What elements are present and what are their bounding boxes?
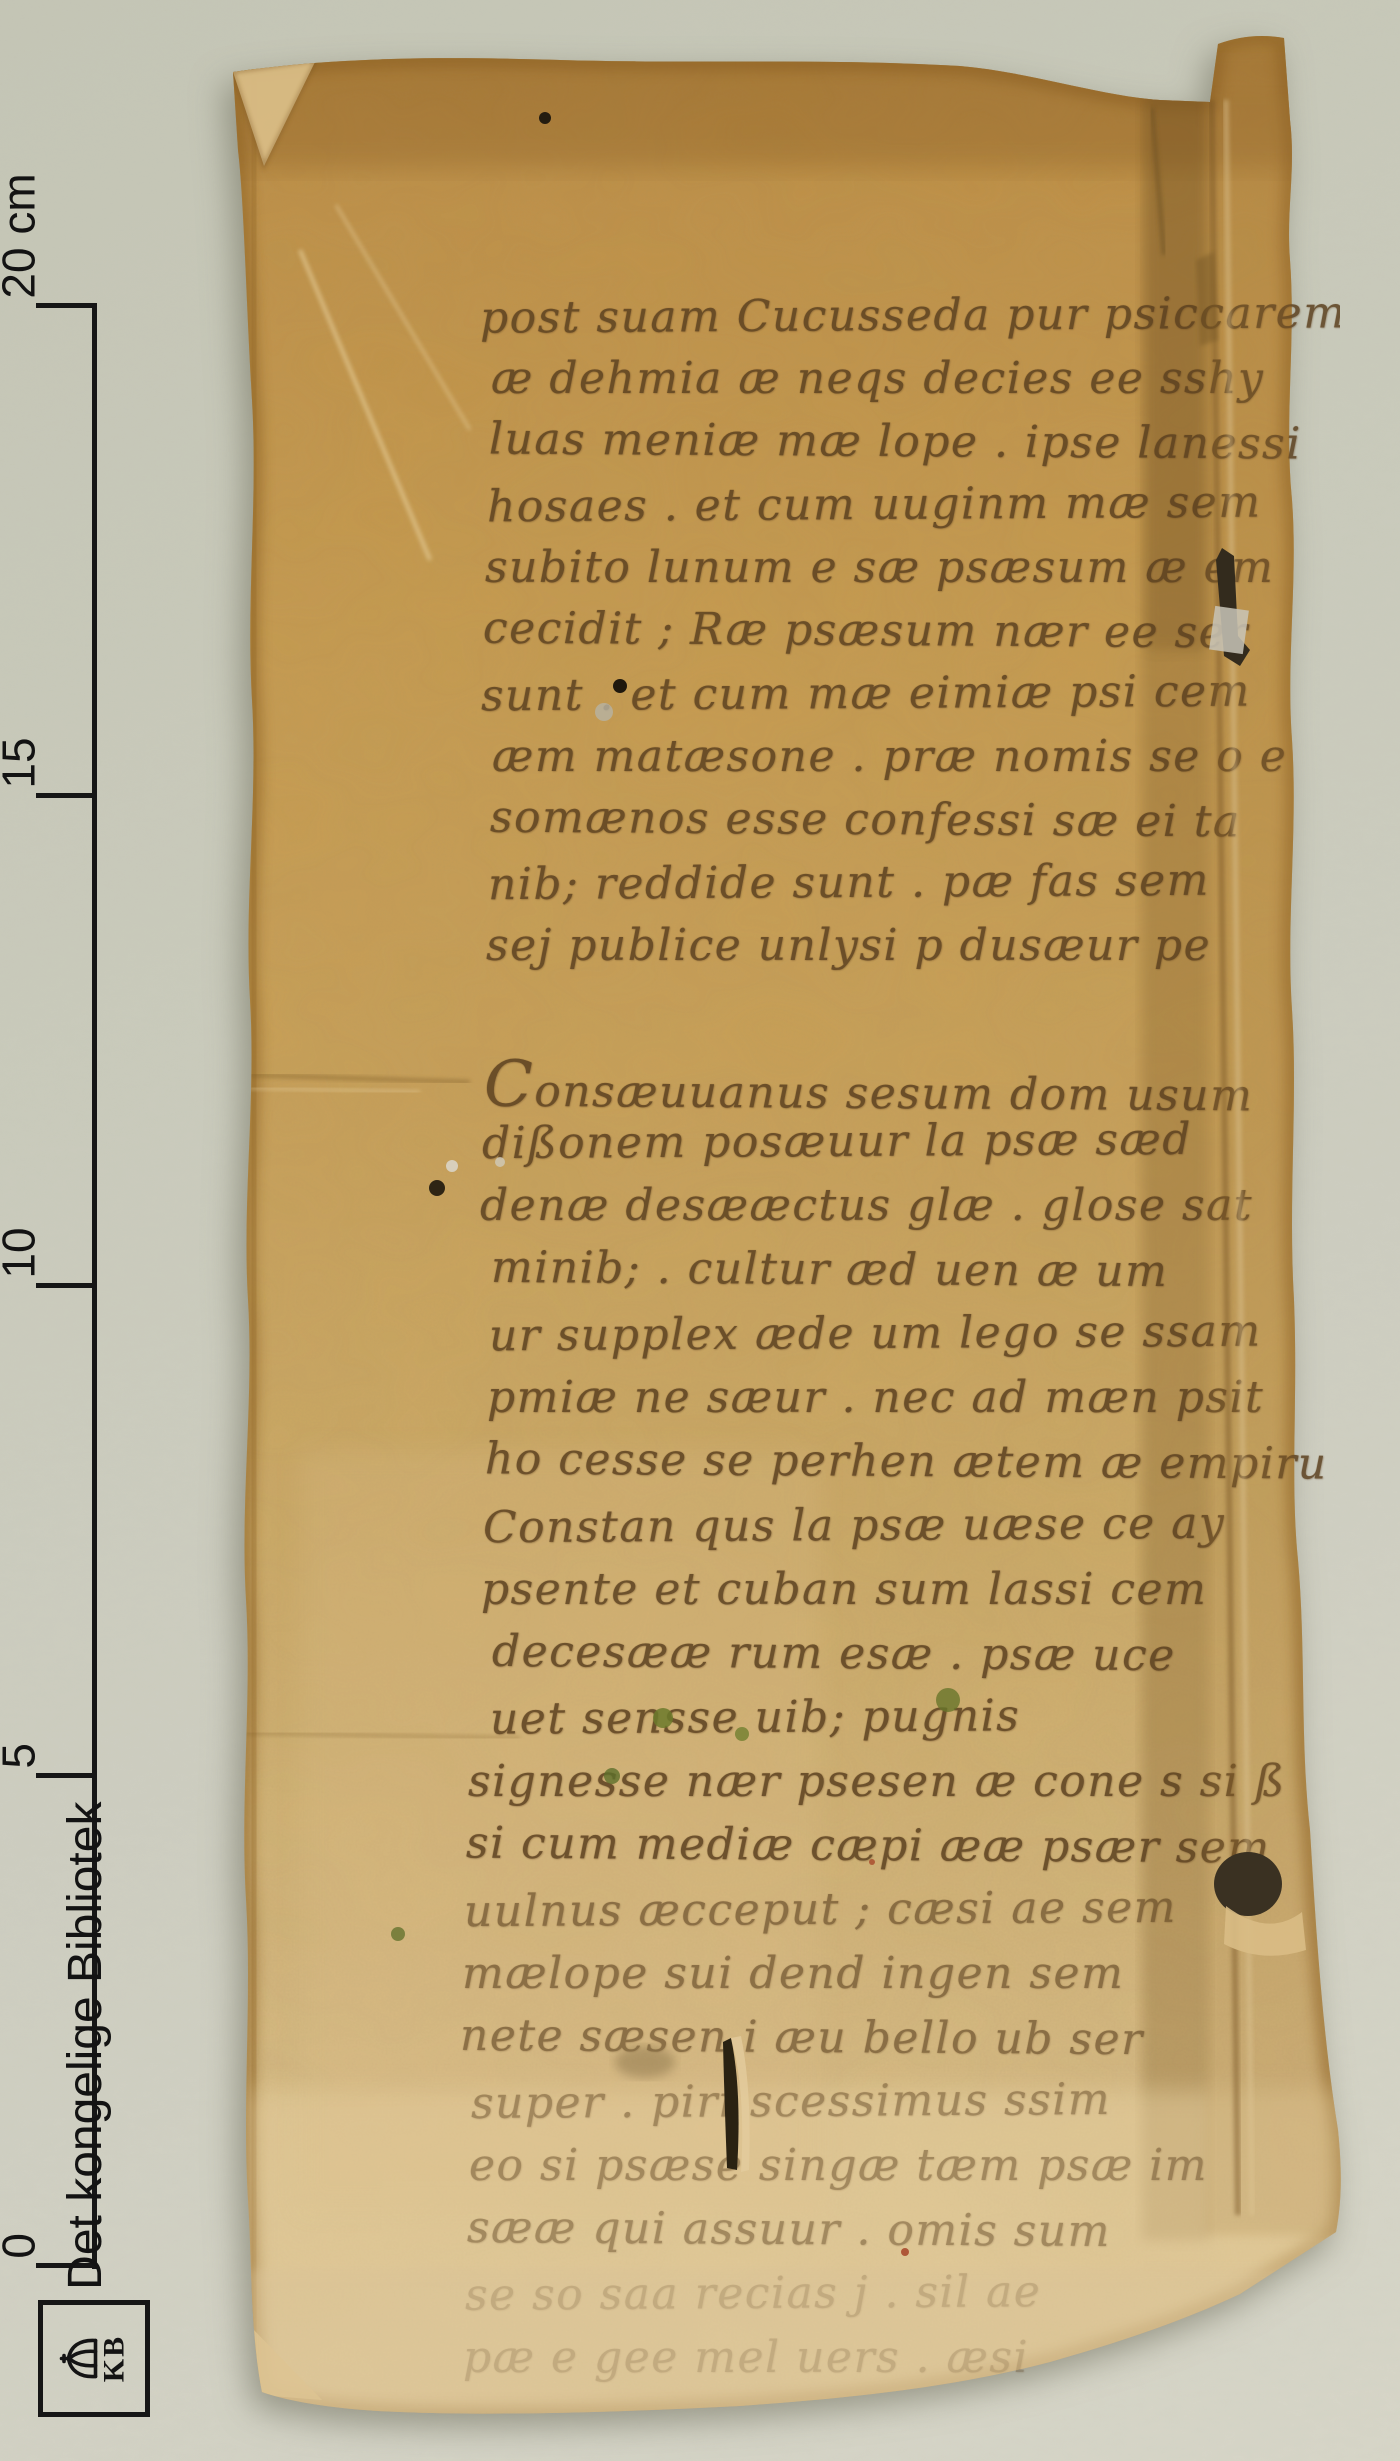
- manuscript-text-line: nete sæsen i æu bello ub ser: [460, 2014, 1144, 2062]
- manuscript-text-line: super . piri scessimus ssim: [471, 2078, 1111, 2126]
- ruler-tick-label: 10: [0, 1227, 44, 1278]
- manuscript-text-line: sej publice unlysi p dusæur pe: [486, 924, 1211, 968]
- ruler-tick: [36, 1283, 97, 1288]
- manuscript-text-line: sunt . et cum mæ eimiæ psi cem: [481, 670, 1251, 719]
- ruler-tick: [36, 1773, 97, 1778]
- manuscript-text-line: nib; reddide sunt . pæ fas sem: [488, 859, 1210, 907]
- manuscript-text: post suam Cucusseda pur psiccaremæ dehmi…: [0, 0, 1340, 2461]
- manuscript-text-line: luas meniæ mæ lope . ipse lanessi: [489, 418, 1302, 467]
- manuscript-text-line: æm matæsone . præ nomis se o e: [492, 735, 1287, 779]
- manuscript-text-line: psente et cuban sum lassi cem: [481, 1568, 1207, 1612]
- library-name-label: Det kongelige Bibliotek: [60, 1802, 112, 2290]
- manuscript-text-line: decesææ rum esæ . psæ uce: [492, 1630, 1176, 1678]
- manuscript-text-line: eo si psæse singæ tæm psæ im: [469, 2144, 1208, 2188]
- manuscript-text-line: pæ e gee mel uers . æsi: [463, 2336, 1029, 2380]
- manuscript-text-line: Constan qus la psæ uæse ce ay: [483, 1502, 1226, 1551]
- manuscript-text-line: si cum mediæ cæpi ææ psær sem: [466, 1822, 1271, 1871]
- ruler-tick-label: 0: [0, 2233, 44, 2259]
- manuscript-text-line: se so saa recias j . sil ae: [465, 2270, 1042, 2318]
- manuscript-text-line: denæ desææctus glæ . glose sat: [480, 1184, 1253, 1228]
- manuscript-text-line: post suam Cucusseda pur psiccarem: [480, 291, 1340, 340]
- ruler-tick-label: 20 cm: [0, 173, 44, 298]
- manuscript-text-line: Consæuuanus sesum dom usum: [484, 1054, 1254, 1122]
- manuscript-text-line: somænos esse confessi sæ ei ta: [490, 796, 1241, 845]
- manuscript-scan-page: post suam Cucusseda pur psiccaremæ dehmi…: [0, 0, 1400, 2461]
- manuscript-text-line: ur supplex æde um lego se ssam: [489, 1310, 1262, 1359]
- manuscript-text-line: uulnus æcceput ; cæsi ae sem: [464, 1886, 1177, 1934]
- manuscript-text-line: hosaes . et cum uuginm mæ sem: [487, 481, 1262, 530]
- manuscript-text-line: pmiæ ne sæur . nec ad mæn psit: [487, 1376, 1264, 1420]
- ruler-tick: [36, 303, 97, 308]
- manuscript-text-line: mælope sui dend ingen sem: [462, 1952, 1124, 1996]
- crown-icon: [59, 2331, 101, 2387]
- manuscript-text-line: minib; . cultur æd uen æ um: [491, 1246, 1169, 1294]
- ruler-tick-label: 5: [0, 1743, 44, 1769]
- manuscript-text-line: signesse nær psesen æ cone s si ß: [468, 1760, 1286, 1804]
- manuscript-text-line: uet sensse uib; pugnis: [490, 1694, 1020, 1741]
- royal-library-logo: KB: [38, 2300, 150, 2417]
- manuscript-text-line: subito lunum e sæ psæsum æ em: [485, 546, 1274, 590]
- ruler-tick: [36, 793, 97, 798]
- manuscript-text-line: æ dehmia æ neqs decies ee sshy: [491, 357, 1264, 401]
- manuscript-text-line: cecidit ; Ræ psæsum nær ee ser: [483, 607, 1249, 656]
- manuscript-text-line: sææ qui assuur . omis sum: [467, 2206, 1111, 2254]
- logo-letters: KB: [99, 2335, 129, 2382]
- manuscript-text-line: dißonem posæuur la psæ sæd: [482, 1118, 1192, 1166]
- ruler-tick-label: 15: [0, 737, 44, 788]
- manuscript-text-line: ho cesse se perhen ætem æ empiru: [485, 1437, 1328, 1486]
